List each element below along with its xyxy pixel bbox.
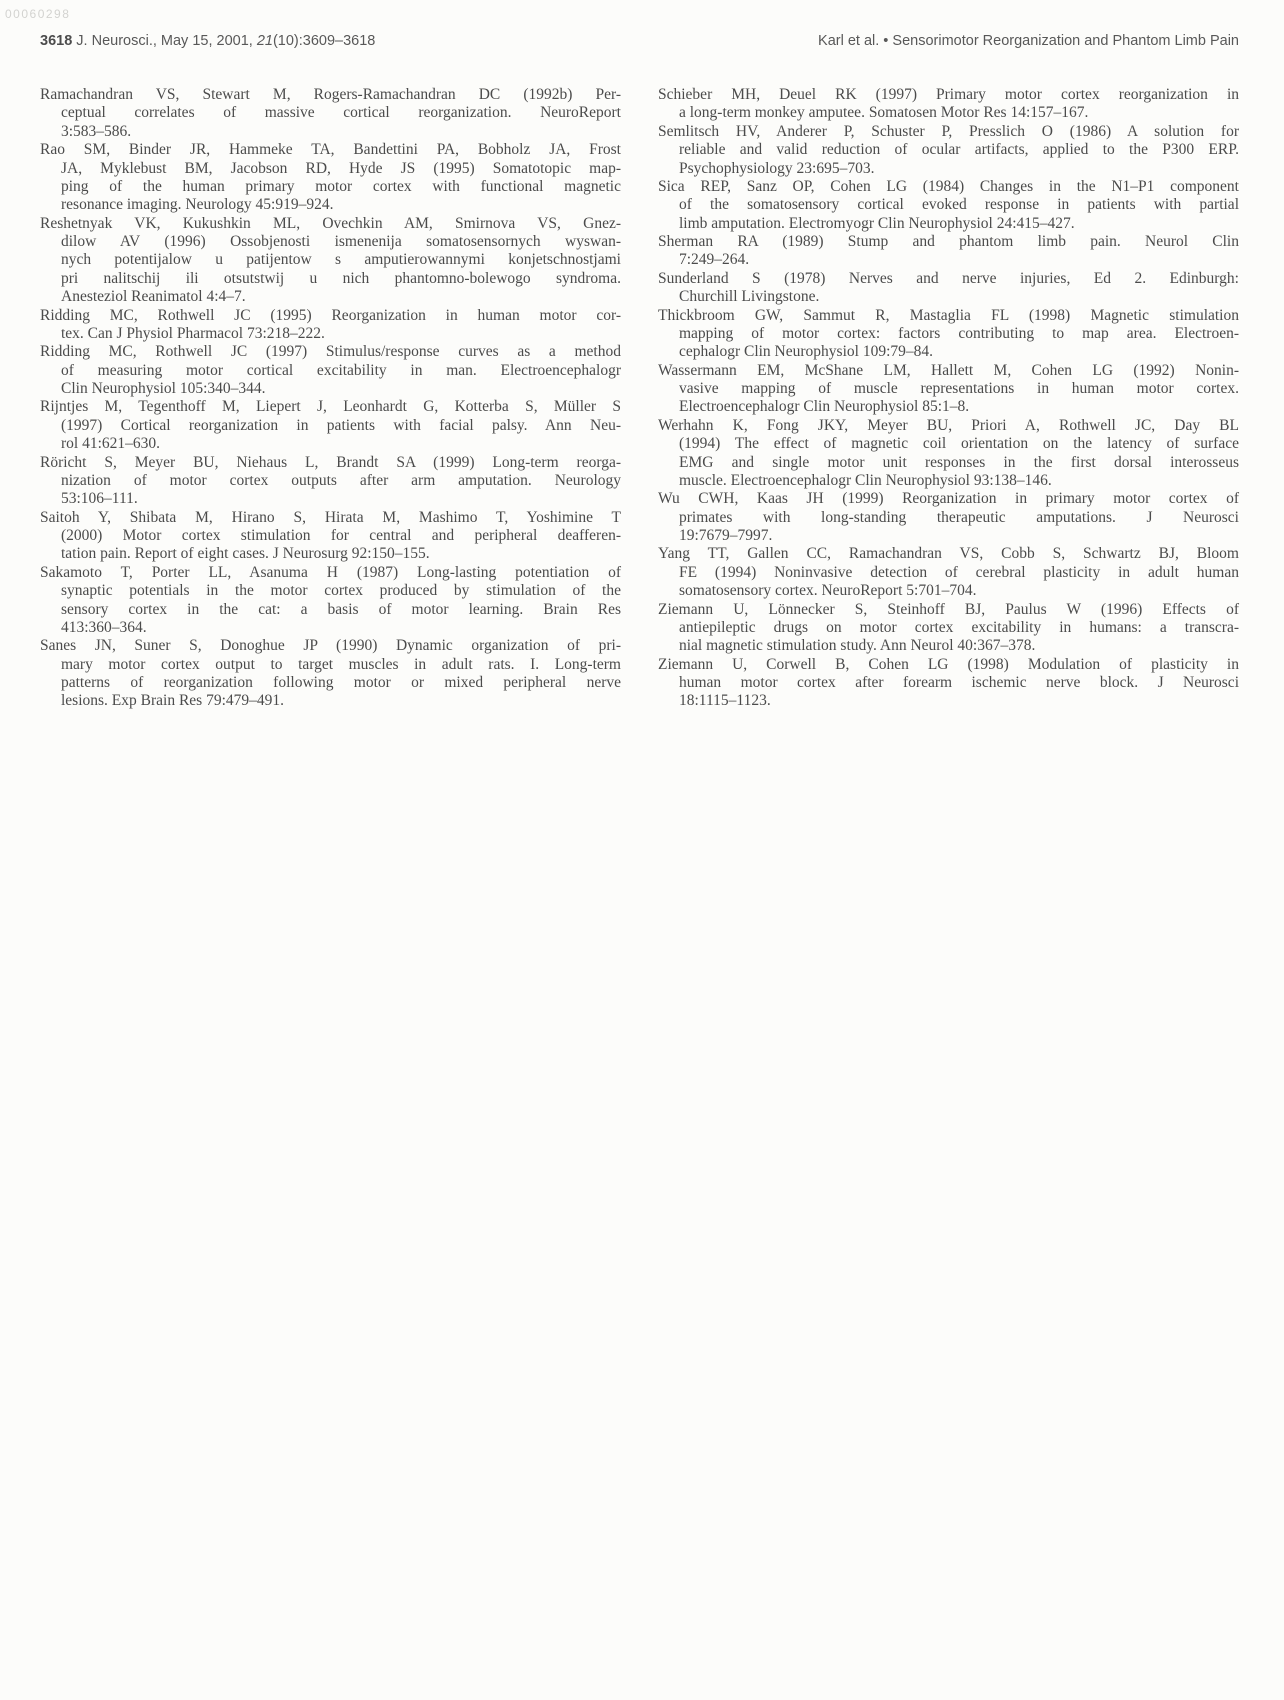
- reference-line: synaptic potentials in the motor cortex …: [40, 582, 621, 600]
- references-section: Ramachandran VS, Stewart M, Rogers-Ramac…: [40, 86, 1239, 711]
- journal-citation: 3618 J. Neurosci., May 15, 2001, 21(10):…: [40, 33, 375, 49]
- reference-item: Ramachandran VS, Stewart M, Rogers-Ramac…: [40, 86, 621, 141]
- page-number: 3618: [40, 33, 72, 49]
- reference-line: ping of the human primary motor cortex w…: [40, 178, 621, 196]
- reference-line: Electroencephalogr Clin Neurophysiol 85:…: [658, 398, 1239, 416]
- reference-line: Churchill Livingstone.: [658, 288, 1239, 306]
- reference-item: Werhahn K, Fong JKY, Meyer BU, Priori A,…: [658, 417, 1239, 491]
- issue-pages: (10):3609–3618: [273, 33, 375, 49]
- reference-item: Ridding MC, Rothwell JC (1997) Stimulus/…: [40, 343, 621, 398]
- reference-item: Sica REP, Sanz OP, Cohen LG (1984) Chang…: [658, 178, 1239, 233]
- running-head-title: Karl et al. • Sensorimotor Reorganizatio…: [818, 33, 1239, 49]
- references-left-column: Ramachandran VS, Stewart M, Rogers-Ramac…: [40, 86, 621, 711]
- reference-line: nization of motor cortex outputs after a…: [40, 472, 621, 490]
- reference-line: pri nalitschij ili otsutstwij u nich pha…: [40, 270, 621, 288]
- reference-line: Werhahn K, Fong JKY, Meyer BU, Priori A,…: [658, 417, 1239, 435]
- reference-line: human motor cortex after forearm ischemi…: [658, 674, 1239, 692]
- reference-line: of measuring motor cortical excitability…: [40, 362, 621, 380]
- reference-line: EMG and single motor unit responses in t…: [658, 454, 1239, 472]
- reference-item: Thickbroom GW, Sammut R, Mastaglia FL (1…: [658, 307, 1239, 362]
- reference-line: Reshetnyak VK, Kukushkin ML, Ovechkin AM…: [40, 215, 621, 233]
- reference-item: Rijntjes M, Tegenthoff M, Liepert J, Leo…: [40, 398, 621, 453]
- reference-line: Sakamoto T, Porter LL, Asanuma H (1987) …: [40, 564, 621, 582]
- scan-artifact-number: 00060298: [5, 7, 70, 21]
- journal-name-date: J. Neurosci., May 15, 2001,: [72, 33, 257, 49]
- reference-line: Sunderland S (1978) Nerves and nerve inj…: [658, 270, 1239, 288]
- reference-line: Schieber MH, Deuel RK (1997) Primary mot…: [658, 86, 1239, 104]
- reference-line: Rijntjes M, Tegenthoff M, Liepert J, Leo…: [40, 398, 621, 416]
- reference-line: 3:583–586.: [40, 123, 621, 141]
- reference-line: limb amputation. Electromyogr Clin Neuro…: [658, 215, 1239, 233]
- reference-line: Sherman RA (1989) Stump and phantom limb…: [658, 233, 1239, 251]
- reference-item: Ziemann U, Lönnecker S, Steinhoff BJ, Pa…: [658, 601, 1239, 656]
- reference-line: 18:1115–1123.: [658, 692, 1239, 710]
- reference-item: Sanes JN, Suner S, Donoghue JP (1990) Dy…: [40, 637, 621, 711]
- reference-item: Sunderland S (1978) Nerves and nerve inj…: [658, 270, 1239, 307]
- reference-line: Ziemann U, Corwell B, Cohen LG (1998) Mo…: [658, 656, 1239, 674]
- reference-line: rol 41:621–630.: [40, 435, 621, 453]
- reference-line: ceptual correlates of massive cortical r…: [40, 104, 621, 122]
- reference-item: Semlitsch HV, Anderer P, Schuster P, Pre…: [658, 123, 1239, 178]
- reference-item: Reshetnyak VK, Kukushkin ML, Ovechkin AM…: [40, 215, 621, 307]
- reference-line: Saitoh Y, Shibata M, Hirano S, Hirata M,…: [40, 509, 621, 527]
- reference-line: Ramachandran VS, Stewart M, Rogers-Ramac…: [40, 86, 621, 104]
- reference-line: (1994) The effect of magnetic coil orien…: [658, 435, 1239, 453]
- reference-line: Ridding MC, Rothwell JC (1995) Reorganiz…: [40, 307, 621, 325]
- reference-line: vasive mapping of muscle representations…: [658, 380, 1239, 398]
- reference-line: tex. Can J Physiol Pharmacol 73:218–222.: [40, 325, 621, 343]
- reference-line: Anesteziol Reanimatol 4:4–7.: [40, 288, 621, 306]
- references-right-column: Schieber MH, Deuel RK (1997) Primary mot…: [658, 86, 1239, 711]
- reference-line: nych potentijalow u patijentow s amputie…: [40, 251, 621, 269]
- reference-item: Schieber MH, Deuel RK (1997) Primary mot…: [658, 86, 1239, 123]
- running-header: 3618 J. Neurosci., May 15, 2001, 21(10):…: [40, 33, 1239, 49]
- reference-item: Röricht S, Meyer BU, Niehaus L, Brandt S…: [40, 454, 621, 509]
- reference-item: Ridding MC, Rothwell JC (1995) Reorganiz…: [40, 307, 621, 344]
- reference-item: Wassermann EM, McShane LM, Hallett M, Co…: [658, 362, 1239, 417]
- reference-line: nial magnetic stimulation study. Ann Neu…: [658, 637, 1239, 655]
- reference-line: Sica REP, Sanz OP, Cohen LG (1984) Chang…: [658, 178, 1239, 196]
- reference-line: of the somatosensory cortical evoked res…: [658, 196, 1239, 214]
- reference-line: Sanes JN, Suner S, Donoghue JP (1990) Dy…: [40, 637, 621, 655]
- reference-line: 413:360–364.: [40, 619, 621, 637]
- reference-line: antiepileptic drugs on motor cortex exci…: [658, 619, 1239, 637]
- reference-line: cephalogr Clin Neurophysiol 109:79–84.: [658, 343, 1239, 361]
- reference-line: Yang TT, Gallen CC, Ramachandran VS, Cob…: [658, 545, 1239, 563]
- reference-item: Saitoh Y, Shibata M, Hirano S, Hirata M,…: [40, 509, 621, 564]
- reference-line: (1997) Cortical reorganization in patien…: [40, 417, 621, 435]
- reference-line: lesions. Exp Brain Res 79:479–491.: [40, 692, 621, 710]
- reference-line: Rao SM, Binder JR, Hammeke TA, Bandettin…: [40, 141, 621, 159]
- reference-line: muscle. Electroencephalogr Clin Neurophy…: [658, 472, 1239, 490]
- reference-item: Wu CWH, Kaas JH (1999) Reorganization in…: [658, 490, 1239, 545]
- reference-line: (2000) Motor cortex stimulation for cent…: [40, 527, 621, 545]
- reference-line: Röricht S, Meyer BU, Niehaus L, Brandt S…: [40, 454, 621, 472]
- reference-line: Wassermann EM, McShane LM, Hallett M, Co…: [658, 362, 1239, 380]
- reference-line: tation pain. Report of eight cases. J Ne…: [40, 545, 621, 563]
- reference-line: Ridding MC, Rothwell JC (1997) Stimulus/…: [40, 343, 621, 361]
- reference-line: Thickbroom GW, Sammut R, Mastaglia FL (1…: [658, 307, 1239, 325]
- reference-line: mapping of motor cortex: factors contrib…: [658, 325, 1239, 343]
- reference-item: Yang TT, Gallen CC, Ramachandran VS, Cob…: [658, 545, 1239, 600]
- reference-line: patterns of reorganization following mot…: [40, 674, 621, 692]
- reference-item: Rao SM, Binder JR, Hammeke TA, Bandettin…: [40, 141, 621, 215]
- reference-line: Semlitsch HV, Anderer P, Schuster P, Pre…: [658, 123, 1239, 141]
- reference-line: Wu CWH, Kaas JH (1999) Reorganization in…: [658, 490, 1239, 508]
- reference-line: FE (1994) Noninvasive detection of cereb…: [658, 564, 1239, 582]
- reference-item: Ziemann U, Corwell B, Cohen LG (1998) Mo…: [658, 656, 1239, 711]
- reference-line: JA, Myklebust BM, Jacobson RD, Hyde JS (…: [40, 160, 621, 178]
- reference-line: Ziemann U, Lönnecker S, Steinhoff BJ, Pa…: [658, 601, 1239, 619]
- reference-line: Psychophysiology 23:695–703.: [658, 160, 1239, 178]
- reference-line: primates with long-standing therapeutic …: [658, 509, 1239, 527]
- reference-item: Sherman RA (1989) Stump and phantom limb…: [658, 233, 1239, 270]
- reference-line: Clin Neurophysiol 105:340–344.: [40, 380, 621, 398]
- reference-line: 7:249–264.: [658, 251, 1239, 269]
- reference-line: 53:106–111.: [40, 490, 621, 508]
- reference-line: a long-term monkey amputee. Somatosen Mo…: [658, 104, 1239, 122]
- reference-line: resonance imaging. Neurology 45:919–924.: [40, 196, 621, 214]
- reference-line: reliable and valid reduction of ocular a…: [658, 141, 1239, 159]
- reference-line: somatosensory cortex. NeuroReport 5:701–…: [658, 582, 1239, 600]
- reference-line: 19:7679–7997.: [658, 527, 1239, 545]
- volume-number: 21: [257, 33, 273, 49]
- reference-item: Sakamoto T, Porter LL, Asanuma H (1987) …: [40, 564, 621, 638]
- reference-line: mary motor cortex output to target muscl…: [40, 656, 621, 674]
- reference-line: sensory cortex in the cat: a basis of mo…: [40, 601, 621, 619]
- reference-line: dilow AV (1996) Ossobjenosti ismenenija …: [40, 233, 621, 251]
